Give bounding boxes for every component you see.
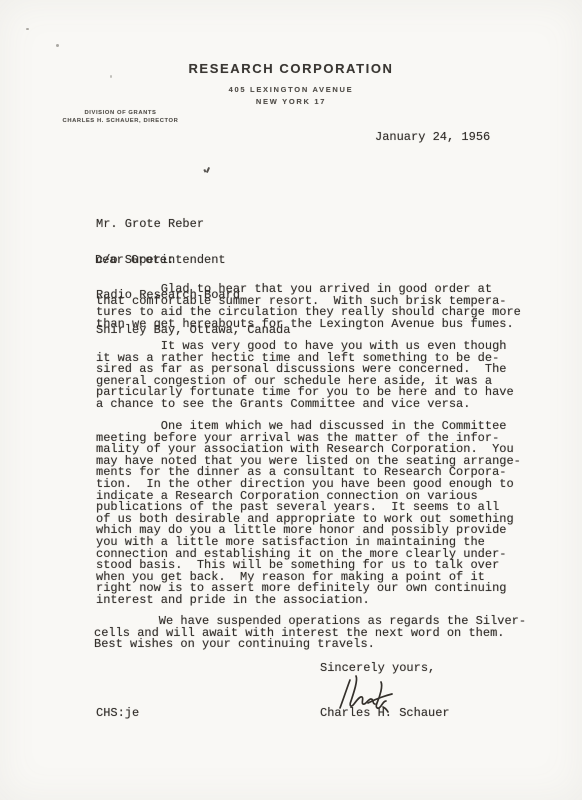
recipient-name: Mr. Grote Reber (96, 219, 290, 231)
date-line: January 24, 1956 (375, 132, 490, 144)
letterhead-division-block: DIVISION OF GRANTS CHARLES H. SCHAUER, D… (28, 109, 213, 125)
letterhead-city: NEW YORK 17 (0, 97, 582, 106)
valediction: Sincerely yours, (320, 663, 435, 675)
letter-page: RESEARCH CORPORATION 405 LEXINGTON AVENU… (0, 0, 582, 800)
body-paragraph-3: One item which we had discussed in the C… (96, 421, 521, 607)
letterhead-company-name: RESEARCH CORPORATION (0, 61, 582, 76)
reference-initials: CHS:je (96, 708, 139, 720)
scan-speck (26, 28, 29, 30)
letterhead-street-address: 405 LEXINGTON AVENUE (0, 85, 582, 94)
division-director: CHARLES H. SCHAUER, DIRECTOR (28, 117, 213, 125)
signer-typed-name: Charles H. Schauer (320, 708, 450, 720)
body-paragraph-2: It was very good to have you with us eve… (96, 341, 514, 411)
scan-speck (56, 44, 59, 47)
salutation: Dear Grote: (95, 255, 174, 267)
body-paragraph-4: We have suspended operations as regards … (94, 616, 526, 651)
pen-mark (206, 167, 210, 173)
division-name: DIVISION OF GRANTS (28, 109, 213, 117)
recipient-address-block: Mr. Grote Reber c/o Superintendent Radio… (96, 196, 290, 360)
body-paragraph-1: Glad to hear that you arrived in good or… (96, 284, 521, 330)
